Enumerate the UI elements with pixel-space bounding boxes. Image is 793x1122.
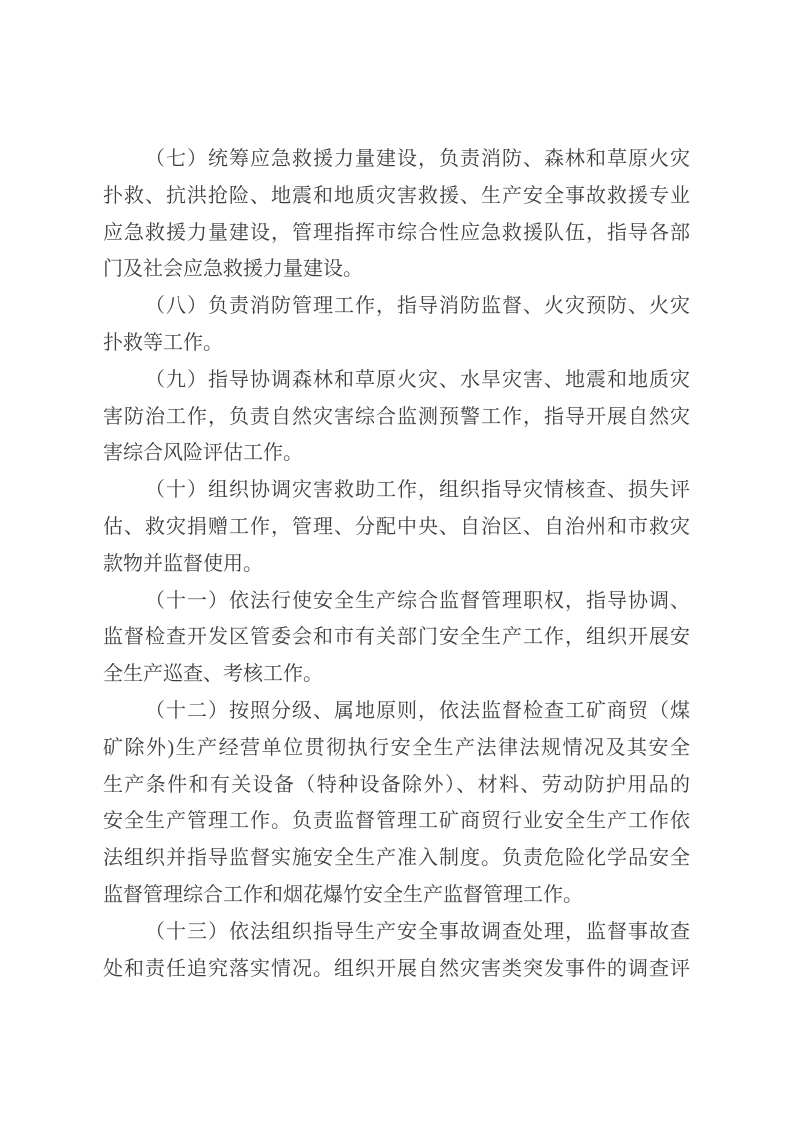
text-line: 应急救援力量建设，管理指挥市综合性应急救援队伍，指导各部	[103, 215, 690, 252]
text-line: （九）指导协调森林和草原火灾、水旱灾害、地震和地质灾	[103, 362, 690, 399]
paragraph-7: （七）统筹应急救援力量建设，负责消防、森林和草原火灾 扑救、抗洪抢险、地震和地质…	[103, 141, 690, 288]
text-line: （十）组织协调灾害救助工作，组织指导灾情核查、损失评	[103, 472, 690, 509]
text-line: （八）负责消防管理工作，指导消防监督、火灾预防、火灾	[103, 288, 690, 325]
text-line: 安全生产管理工作。负责监督管理工矿商贸行业安全生产工作依	[103, 803, 690, 840]
paragraph-9: （九）指导协调森林和草原火灾、水旱灾害、地震和地质灾 害防治工作，负责自然灾害综…	[103, 362, 690, 472]
text-line: （十一）依法行使安全生产综合监督管理职权，指导协调、	[103, 583, 690, 620]
text-line: 扑救、抗洪抢险、地震和地质灾害救援、生产安全事故救援专业	[103, 178, 690, 215]
paragraph-10: （十）组织协调灾害救助工作，组织指导灾情核查、损失评 估、救灾捐赠工作，管理、分…	[103, 472, 690, 582]
text-line: 矿除外)生产经营单位贯彻执行安全生产法律法规情况及其安全	[103, 730, 690, 767]
text-line: （十三）依法组织指导生产安全事故调查处理，监督事故查	[103, 914, 690, 951]
paragraph-11: （十一）依法行使安全生产综合监督管理职权，指导协调、 监督检查开发区管委会和市有…	[103, 583, 690, 693]
text-line: 监督检查开发区管委会和市有关部门安全生产工作，组织开展安	[103, 619, 690, 656]
text-line: 款物并监督使用。	[103, 546, 690, 583]
text-line: 害综合风险评估工作。	[103, 435, 690, 472]
paragraph-13: （十三）依法组织指导生产安全事故调查处理，监督事故查 处和责任追究落实情况。组织…	[103, 914, 690, 988]
text-line: （七）统筹应急救援力量建设，负责消防、森林和草原火灾	[103, 141, 690, 178]
text-line: 生产条件和有关设备（特种设备除外）、材料、劳动防护用品的	[103, 767, 690, 804]
text-line: 法组织并指导监督实施安全生产准入制度。负责危险化学品安全	[103, 840, 690, 877]
text-line: 监督管理综合工作和烟花爆竹安全生产监督管理工作。	[103, 877, 690, 914]
text-line: 扑救等工作。	[103, 325, 690, 362]
text-line: 全生产巡查、考核工作。	[103, 656, 690, 693]
document-body: （七）统筹应急救援力量建设，负责消防、森林和草原火灾 扑救、抗洪抢险、地震和地质…	[103, 141, 690, 987]
text-line: 害防治工作，负责自然灾害综合监测预警工作，指导开展自然灾	[103, 399, 690, 436]
text-line: 估、救灾捐赠工作，管理、分配中央、自治区、自治州和市救灾	[103, 509, 690, 546]
text-line: 门及社会应急救援力量建设。	[103, 251, 690, 288]
text-line: 处和责任追究落实情况。组织开展自然灾害类突发事件的调查评	[103, 951, 690, 988]
paragraph-8: （八）负责消防管理工作，指导消防监督、火灾预防、火灾 扑救等工作。	[103, 288, 690, 362]
text-line: （十二）按照分级、属地原则，依法监督检查工矿商贸（煤	[103, 693, 690, 730]
paragraph-12: （十二）按照分级、属地原则，依法监督检查工矿商贸（煤 矿除外)生产经营单位贯彻执…	[103, 693, 690, 914]
